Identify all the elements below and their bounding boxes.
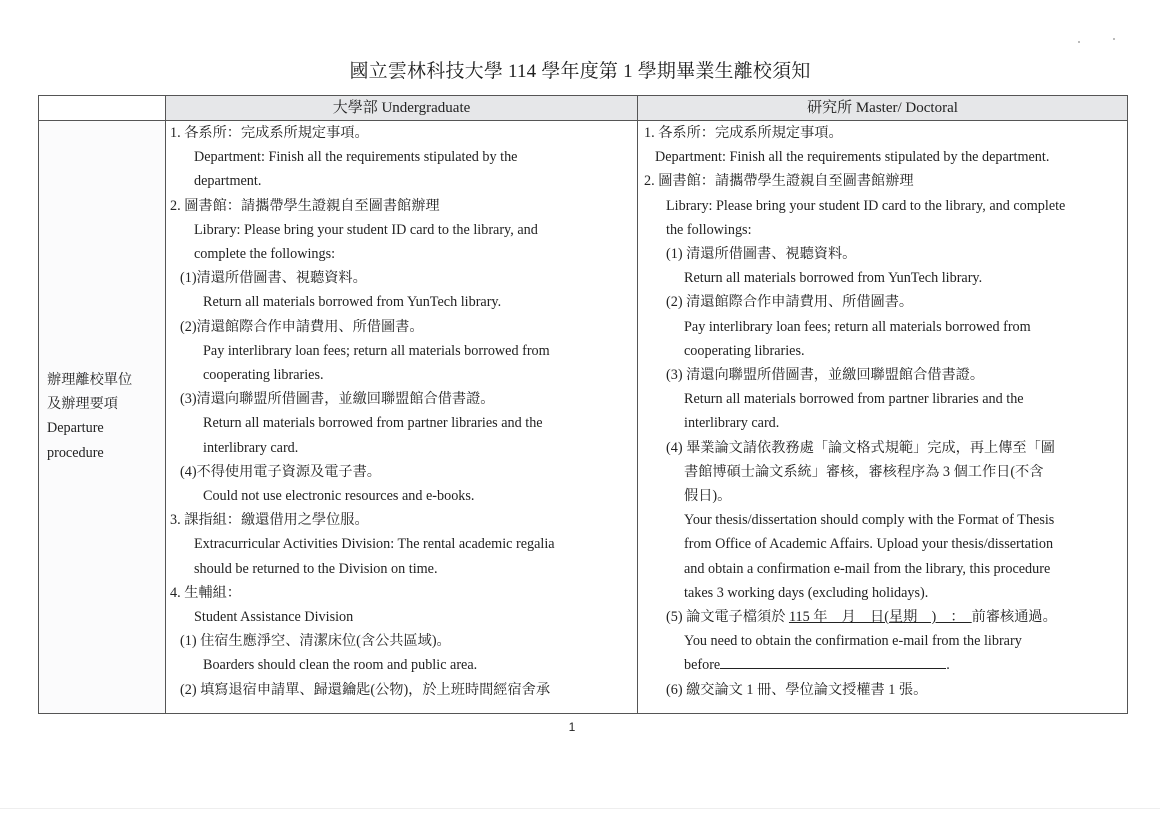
undergraduate-line: 2. 圖書館：請攜帶學生證親自至圖書館辦理 <box>166 194 637 218</box>
undergraduate-line: interlibrary card. <box>166 436 637 460</box>
graduate-line: (1) 清還所借圖書、視聽資料。 <box>638 242 1127 266</box>
graduate-item-6: (6) 繳交論文 1 冊、學位論文授權書 1 張。 <box>638 678 1127 702</box>
undergraduate-line: Library: Please bring your student ID ca… <box>166 218 637 242</box>
item5-before-line: before. <box>638 653 1127 677</box>
row-label: 辦理離校單位 及辦理要項 Departure procedure <box>47 368 132 465</box>
undergraduate-line: Return all materials borrowed from YunTe… <box>166 290 637 314</box>
undergraduate-line: Return all materials borrowed from partn… <box>166 411 637 435</box>
item5-period: . <box>946 657 950 673</box>
row-label-cell: 辦理離校單位 及辦理要項 Departure procedure <box>39 121 166 713</box>
graduate-line: (3) 清還向聯盟所借圖書，並繳回聯盟館合借書證。 <box>638 363 1127 387</box>
graduate-item-5: (5) 論文電子檔須於 115 年 月 日(星期 ) ： 前審核通過。 <box>638 605 1127 629</box>
undergraduate-line: Boarders should clean the room and publi… <box>166 653 637 677</box>
undergraduate-line: 1. 各系所：完成系所規定事項。 <box>166 121 637 145</box>
graduate-lines: 1. 各系所：完成系所規定事項。Department: Finish all t… <box>638 121 1127 605</box>
item5-suffix: 前審核通過。 <box>972 609 1057 625</box>
undergraduate-line: Department: Finish all the requirements … <box>166 145 637 169</box>
graduate-line: Return all materials borrowed from partn… <box>638 387 1127 411</box>
undergraduate-line: (2)清還館際合作申請費用、所借圖書。 <box>166 315 637 339</box>
graduate-line: (2) 清還館際合作申請費用、所借圖書。 <box>638 290 1127 314</box>
departure-procedure-table: 大學部 Undergraduate 研究所 Master/ Doctoral 辦… <box>38 95 1128 714</box>
graduate-line: Department: Finish all the requirements … <box>638 145 1127 169</box>
graduate-line: the followings: <box>638 218 1127 242</box>
header-blank-cell <box>39 96 166 121</box>
undergraduate-line: should be returned to the Division on ti… <box>166 557 637 581</box>
page-number: 1 <box>0 720 1144 734</box>
graduate-line: (4) 畢業論文請依教務處「論文格式規範」完成，再上傳至「圖 <box>638 436 1127 460</box>
undergraduate-line: (3)清還向聯盟所借圖書，並繳回聯盟館合借書證。 <box>166 387 637 411</box>
undergraduate-line: Pay interlibrary loan fees; return all m… <box>166 339 637 363</box>
scan-edge <box>0 808 1160 809</box>
undergraduate-line: 4. 生輔組： <box>166 581 637 605</box>
item5-prefix: (5) 論文電子檔須於 <box>666 609 789 625</box>
item5-before-label: before <box>684 657 720 673</box>
graduate-line: from Office of Academic Affairs. Upload … <box>638 532 1127 556</box>
graduate-line: 1. 各系所：完成系所規定事項。 <box>638 121 1127 145</box>
row-label-line: Departure <box>47 416 132 440</box>
graduate-line: takes 3 working days (excluding holidays… <box>638 581 1127 605</box>
undergraduate-line: complete the followings: <box>166 242 637 266</box>
graduate-line: Your thesis/dissertation should comply w… <box>638 508 1127 532</box>
document-title: 國立雲林科技大學 114 學年度第 1 學期畢業生離校須知 <box>0 56 1160 83</box>
before-date-blank <box>720 653 946 669</box>
undergraduate-line: Extracurricular Activities Division: The… <box>166 532 637 556</box>
deadline-fill-field: 115 年 月 日(星期 ) ： <box>789 609 972 625</box>
undergraduate-content-cell: 1. 各系所：完成系所規定事項。Department: Finish all t… <box>166 121 638 713</box>
row-label-line: 辦理離校單位 <box>47 368 132 392</box>
header-undergraduate: 大學部 Undergraduate <box>166 96 638 121</box>
graduate-line: interlibrary card. <box>638 411 1127 435</box>
undergraduate-line: department. <box>166 169 637 193</box>
undergraduate-line: (4)不得使用電子資源及電子書。 <box>166 460 637 484</box>
undergraduate-line: Student Assistance Division <box>166 605 637 629</box>
graduate-line: 書館博碩士論文系統」審核，審核程序為 3 個工作日(不含 <box>638 460 1127 484</box>
undergraduate-line: cooperating libraries. <box>166 363 637 387</box>
row-label-line: 及辦理要項 <box>47 392 132 416</box>
graduate-line: 2. 圖書館：請攜帶學生證親自至圖書館辦理 <box>638 169 1127 193</box>
graduate-line: Pay interlibrary loan fees; return all m… <box>638 315 1127 339</box>
scan-speck <box>1113 38 1115 40</box>
graduate-line: 假日)。 <box>638 484 1127 508</box>
undergraduate-line: (2) 填寫退宿申請單、歸還鑰匙(公物)，於上班時間經宿舍承 <box>166 678 637 702</box>
graduate-content-cell: 1. 各系所：完成系所規定事項。Department: Finish all t… <box>638 121 1127 713</box>
undergraduate-line: Could not use electronic resources and e… <box>166 484 637 508</box>
header-graduate: 研究所 Master/ Doctoral <box>638 96 1127 121</box>
graduate-line: Return all materials borrowed from YunTe… <box>638 266 1127 290</box>
graduate-line: cooperating libraries. <box>638 339 1127 363</box>
row-label-line: procedure <box>47 441 132 465</box>
item5-en-line: You need to obtain the confirmation e-ma… <box>638 629 1127 653</box>
undergraduate-line: (1)清還所借圖書、視聽資料。 <box>166 266 637 290</box>
undergraduate-line: (1) 住宿生應淨空、清潔床位(含公共區域)。 <box>166 629 637 653</box>
scan-speck <box>1078 41 1080 43</box>
graduate-line: Library: Please bring your student ID ca… <box>638 194 1127 218</box>
undergraduate-line: 3. 課指組：繳還借用之學位服。 <box>166 508 637 532</box>
graduate-line: and obtain a confirmation e-mail from th… <box>638 557 1127 581</box>
